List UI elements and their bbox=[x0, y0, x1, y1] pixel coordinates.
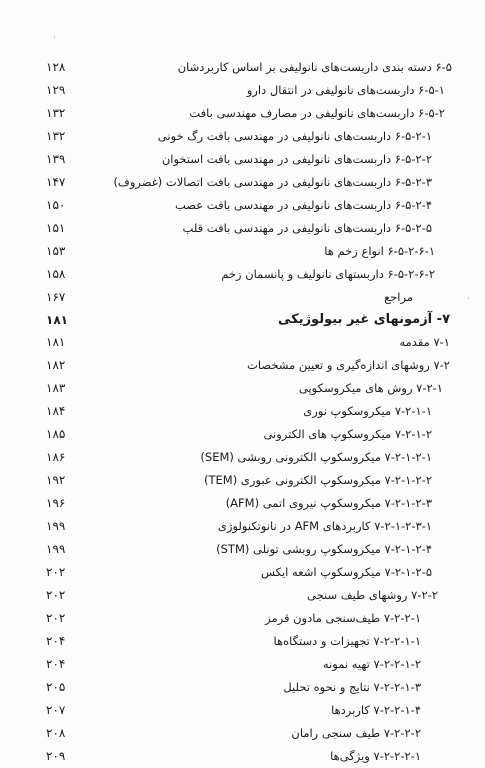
toc-row: ۷-۲-۱-۲-۴ میکروسکوپ روبشی تونلی (STM)۱۹۹ bbox=[0, 538, 485, 560]
toc-page-number: ۲۰۴ bbox=[46, 653, 76, 675]
toc-row: ۶-۵-۲-۳ داربست‌های نانولیفی در مهندسی با… bbox=[0, 171, 485, 193]
toc-entry-title: ۶-۵-۲-۵ داربست‌های نانولیفی در مهندسی با… bbox=[183, 217, 432, 239]
toc-entry-title: ۶-۵ دسته بندی داربست‌های نانولیفی بر اسا… bbox=[178, 56, 452, 78]
toc-entry-title: ۶-۵-۲-۳ داربست‌های نانولیفی در مهندسی با… bbox=[113, 171, 432, 193]
toc-page-number: ۱۸۱ bbox=[46, 309, 76, 331]
toc-row: ۷-۲-۱-۲-۱ میکروسکوپ الکترونی روبشی (SEM)… bbox=[0, 446, 485, 468]
toc-row: ۷-۲-۲-۱-۴ کاربردها۲۰۷ bbox=[0, 699, 485, 721]
toc-entry-title: ۷-۲-۱-۲-۴ میکروسکوپ روبشی تونلی (STM) bbox=[216, 538, 432, 560]
toc-page-number: ۱۵۱ bbox=[46, 217, 76, 239]
toc-page-number: ۱۲۸ bbox=[46, 56, 76, 78]
toc-entry-title: ۶-۵-۱ داربست‌های نانولیفی در انتقال دارو bbox=[247, 79, 445, 101]
toc-entry-title: ۶-۵-۲-۴ داربست‌های نانولیفی در مهندسی با… bbox=[175, 194, 432, 216]
toc-page-number: ۱۲۹ bbox=[46, 79, 76, 101]
toc-entry-title: ۶-۵-۲-۱ داربست‌های نانولیفی در مهندسی با… bbox=[158, 125, 432, 147]
toc-row: ۶-۵-۲-۵ داربست‌های نانولیفی در مهندسی با… bbox=[0, 217, 485, 239]
toc-entry-title: ۶-۵-۲ داربست‌های نانولیفی در مصارف مهندس… bbox=[189, 102, 445, 124]
toc-row: ۶-۵-۲-۶-۱ انواع زخم ها۱۵۳ bbox=[0, 240, 485, 262]
toc-page-number: ۱۹۹ bbox=[46, 515, 76, 537]
toc-row: ۷-۲-۱-۲-۲ میکروسکوپ الکترونی عبوری (TEM)… bbox=[0, 469, 485, 491]
toc-page-number: ۲۰۴ bbox=[46, 630, 76, 652]
toc-row: مراجع۱۶۷ bbox=[0, 286, 485, 308]
toc-row: ۷-۲-۲-۱ طیف‌سنجی مادون قرمز۲۰۲ bbox=[0, 607, 485, 629]
toc-page-number: ۱۵۳ bbox=[46, 240, 76, 262]
toc-row: ۷-۲-۲-۱-۲ تهیه نمونه۲۰۴ bbox=[0, 653, 485, 675]
toc-page-number: ۱۸۳ bbox=[46, 377, 76, 399]
toc-row: ۶-۵-۲ داربست‌های نانولیفی در مصارف مهندس… bbox=[0, 102, 485, 124]
toc-row: ۷-۲-۲ روشهای طیف سنجی۲۰۲ bbox=[0, 584, 485, 606]
toc-row: ۶-۵-۲-۴ داربست‌های نانولیفی در مهندسی با… bbox=[0, 194, 485, 216]
toc-row: ۶-۵ دسته بندی داربست‌های نانولیفی بر اسا… bbox=[0, 56, 485, 78]
toc-page-number: ۱۳۹ bbox=[46, 148, 76, 170]
toc-page-number: ۲۰۵ bbox=[46, 676, 76, 698]
toc-entry-title: ۷-۲-۲-۱-۲ تهیه نمونه bbox=[323, 653, 421, 675]
toc-page-number: ۱۸۲ bbox=[46, 354, 76, 376]
toc-entry-title: ۷-۲ روشهای اندازه‌گیری و تعیین مشخصات bbox=[247, 354, 450, 376]
toc-page-number: ۱۶۷ bbox=[46, 286, 76, 308]
toc-entry-title: ۷-۱ مقدمه bbox=[399, 331, 450, 353]
toc-entry-title: ۷-۲-۱ روش های میکروسکوپی bbox=[299, 377, 443, 399]
toc-entry-title: ۷-۲-۱-۱ میکروسکوپ نوری bbox=[303, 400, 432, 422]
toc-row: ۶-۵-۲-۱ داربست‌های نانولیفی در مهندسی با… bbox=[0, 125, 485, 147]
toc-entry-title: ۷-۲-۱-۲-۲ میکروسکوپ الکترونی عبوری (TEM) bbox=[204, 469, 432, 491]
toc-page-number: ۲۰۸ bbox=[46, 722, 76, 744]
toc-page-number: ۱۹۹ bbox=[46, 538, 76, 560]
toc-entry-title: ۷-۲-۲-۲-۱ ویژگی‌ها bbox=[330, 745, 421, 767]
toc-entry-title: ۷- آزمونهای غیر بیولوژیکی bbox=[278, 309, 450, 331]
toc-row: ۷-۲-۱ روش های میکروسکوپی۱۸۳ bbox=[0, 377, 485, 399]
toc-row: ۷-۲-۱-۲-۳-۱ کاربردهای AFM در نانوتکنولوژ… bbox=[0, 515, 485, 537]
toc-page-number: ۱۸۶ bbox=[46, 446, 76, 468]
toc-page-number: ۲۰۲ bbox=[46, 561, 76, 583]
toc-page-number: ۱۹۶ bbox=[46, 492, 76, 514]
toc-entry-title: ۷-۲-۲-۲ طیف سنجی رامان bbox=[291, 722, 421, 744]
toc-entry-title: ۶-۵-۲-۶-۲ داربستهای نانولیف و پانسمان زخ… bbox=[221, 263, 435, 285]
toc-page-number: ۱۹۲ bbox=[46, 469, 76, 491]
toc-entry-title: ۷-۲-۲-۱-۴ کاربردها bbox=[331, 699, 421, 721]
toc-entry-title: ۷-۲-۱-۲-۱ میکروسکوپ الکترونی روبشی (SEM) bbox=[200, 446, 432, 468]
toc-row: ۶-۵-۲-۶-۲ داربستهای نانولیف و پانسمان زخ… bbox=[0, 263, 485, 285]
toc-page-number: ۱۵۰ bbox=[46, 194, 76, 216]
toc-row: ۷-۲ روشهای اندازه‌گیری و تعیین مشخصات۱۸۲ bbox=[0, 354, 485, 376]
toc-row: ۶-۵-۲-۲ داربست‌های نانولیفی در مهندسی با… bbox=[0, 148, 485, 170]
toc-entry-title: ۷-۲-۲-۱ طیف‌سنجی مادون قرمز bbox=[265, 607, 421, 629]
toc-page: ۶-۵ دسته بندی داربست‌های نانولیفی بر اسا… bbox=[0, 0, 485, 768]
toc-row: ۶-۵-۱ داربست‌های نانولیفی در انتقال دارو… bbox=[0, 79, 485, 101]
toc-entry-title: ۷-۲-۲-۱-۳ نتایج و نحوه تحلیل bbox=[283, 676, 421, 698]
toc-page-number: ۲۰۲ bbox=[46, 584, 76, 606]
toc-row: ۷-۲-۱-۲ میکروسکوپ های الکترونی۱۸۵ bbox=[0, 423, 485, 445]
toc-entry-title: ۷-۲-۲-۱-۱ تجهیزات و دستگاه‌ها bbox=[274, 630, 421, 652]
toc-row: ۷-۲-۲-۱-۳ نتایج و نحوه تحلیل۲۰۵ bbox=[0, 676, 485, 698]
toc-entry-title: ۷-۲-۱-۲-۵ میکروسکوپ اشعه ایکس bbox=[261, 561, 432, 583]
toc-row: ۷-۲-۱-۱ میکروسکوپ نوری۱۸۴ bbox=[0, 400, 485, 422]
toc-row: ۷-۱ مقدمه۱۸۱ bbox=[0, 331, 485, 353]
toc-page-number: ۱۵۸ bbox=[46, 263, 76, 285]
toc-row: ۷-۲-۲-۱-۱ تجهیزات و دستگاه‌ها۲۰۴ bbox=[0, 630, 485, 652]
toc-page-number: ۲۰۷ bbox=[46, 699, 76, 721]
toc-entry-title: ۷-۲-۱-۲-۳-۱ کاربردهای AFM در نانوتکنولوژ… bbox=[218, 515, 432, 537]
toc-page-number: ۱۸۱ bbox=[46, 331, 76, 353]
toc-entry-title: ۶-۵-۲-۶-۱ انواع زخم ها bbox=[324, 240, 435, 262]
toc-entry-title: ۷-۲-۲ روشهای طیف سنجی bbox=[307, 584, 438, 606]
scan-speck bbox=[54, 36, 55, 38]
toc-entry-title: ۷-۲-۱-۲-۳ میکروسکوپ نیروی اتمی (AFM) bbox=[226, 492, 432, 514]
toc-row: ۷-۲-۱-۲-۳ میکروسکوپ نیروی اتمی (AFM)۱۹۶ bbox=[0, 492, 485, 514]
toc-page-number: ۱۳۲ bbox=[46, 102, 76, 124]
toc-entry-title: ۶-۵-۲-۲ داربست‌های نانولیفی در مهندسی با… bbox=[162, 148, 432, 170]
toc-row: ۷-۲-۲-۲ طیف سنجی رامان۲۰۸ bbox=[0, 722, 485, 744]
toc-row: ۷-۲-۲-۲-۱ ویژگی‌ها۲۰۹ bbox=[0, 745, 485, 767]
toc-chapter-row: ۷- آزمونهای غیر بیولوژیکی۱۸۱ bbox=[0, 309, 485, 331]
toc-page-number: ۱۳۲ bbox=[46, 125, 76, 147]
toc-page-number: ۲۰۹ bbox=[46, 745, 76, 767]
toc-page-number: ۱۸۴ bbox=[46, 400, 76, 422]
toc-page-number: ۱۸۵ bbox=[46, 423, 76, 445]
toc-row: ۷-۲-۱-۲-۵ میکروسکوپ اشعه ایکس۲۰۲ bbox=[0, 561, 485, 583]
toc-page-number: ۱۴۷ bbox=[46, 171, 76, 193]
toc-page-number: ۲۰۲ bbox=[46, 607, 76, 629]
toc-entry-title: ۷-۲-۱-۲ میکروسکوپ های الکترونی bbox=[263, 423, 432, 445]
toc-entry-title: مراجع bbox=[384, 286, 413, 308]
